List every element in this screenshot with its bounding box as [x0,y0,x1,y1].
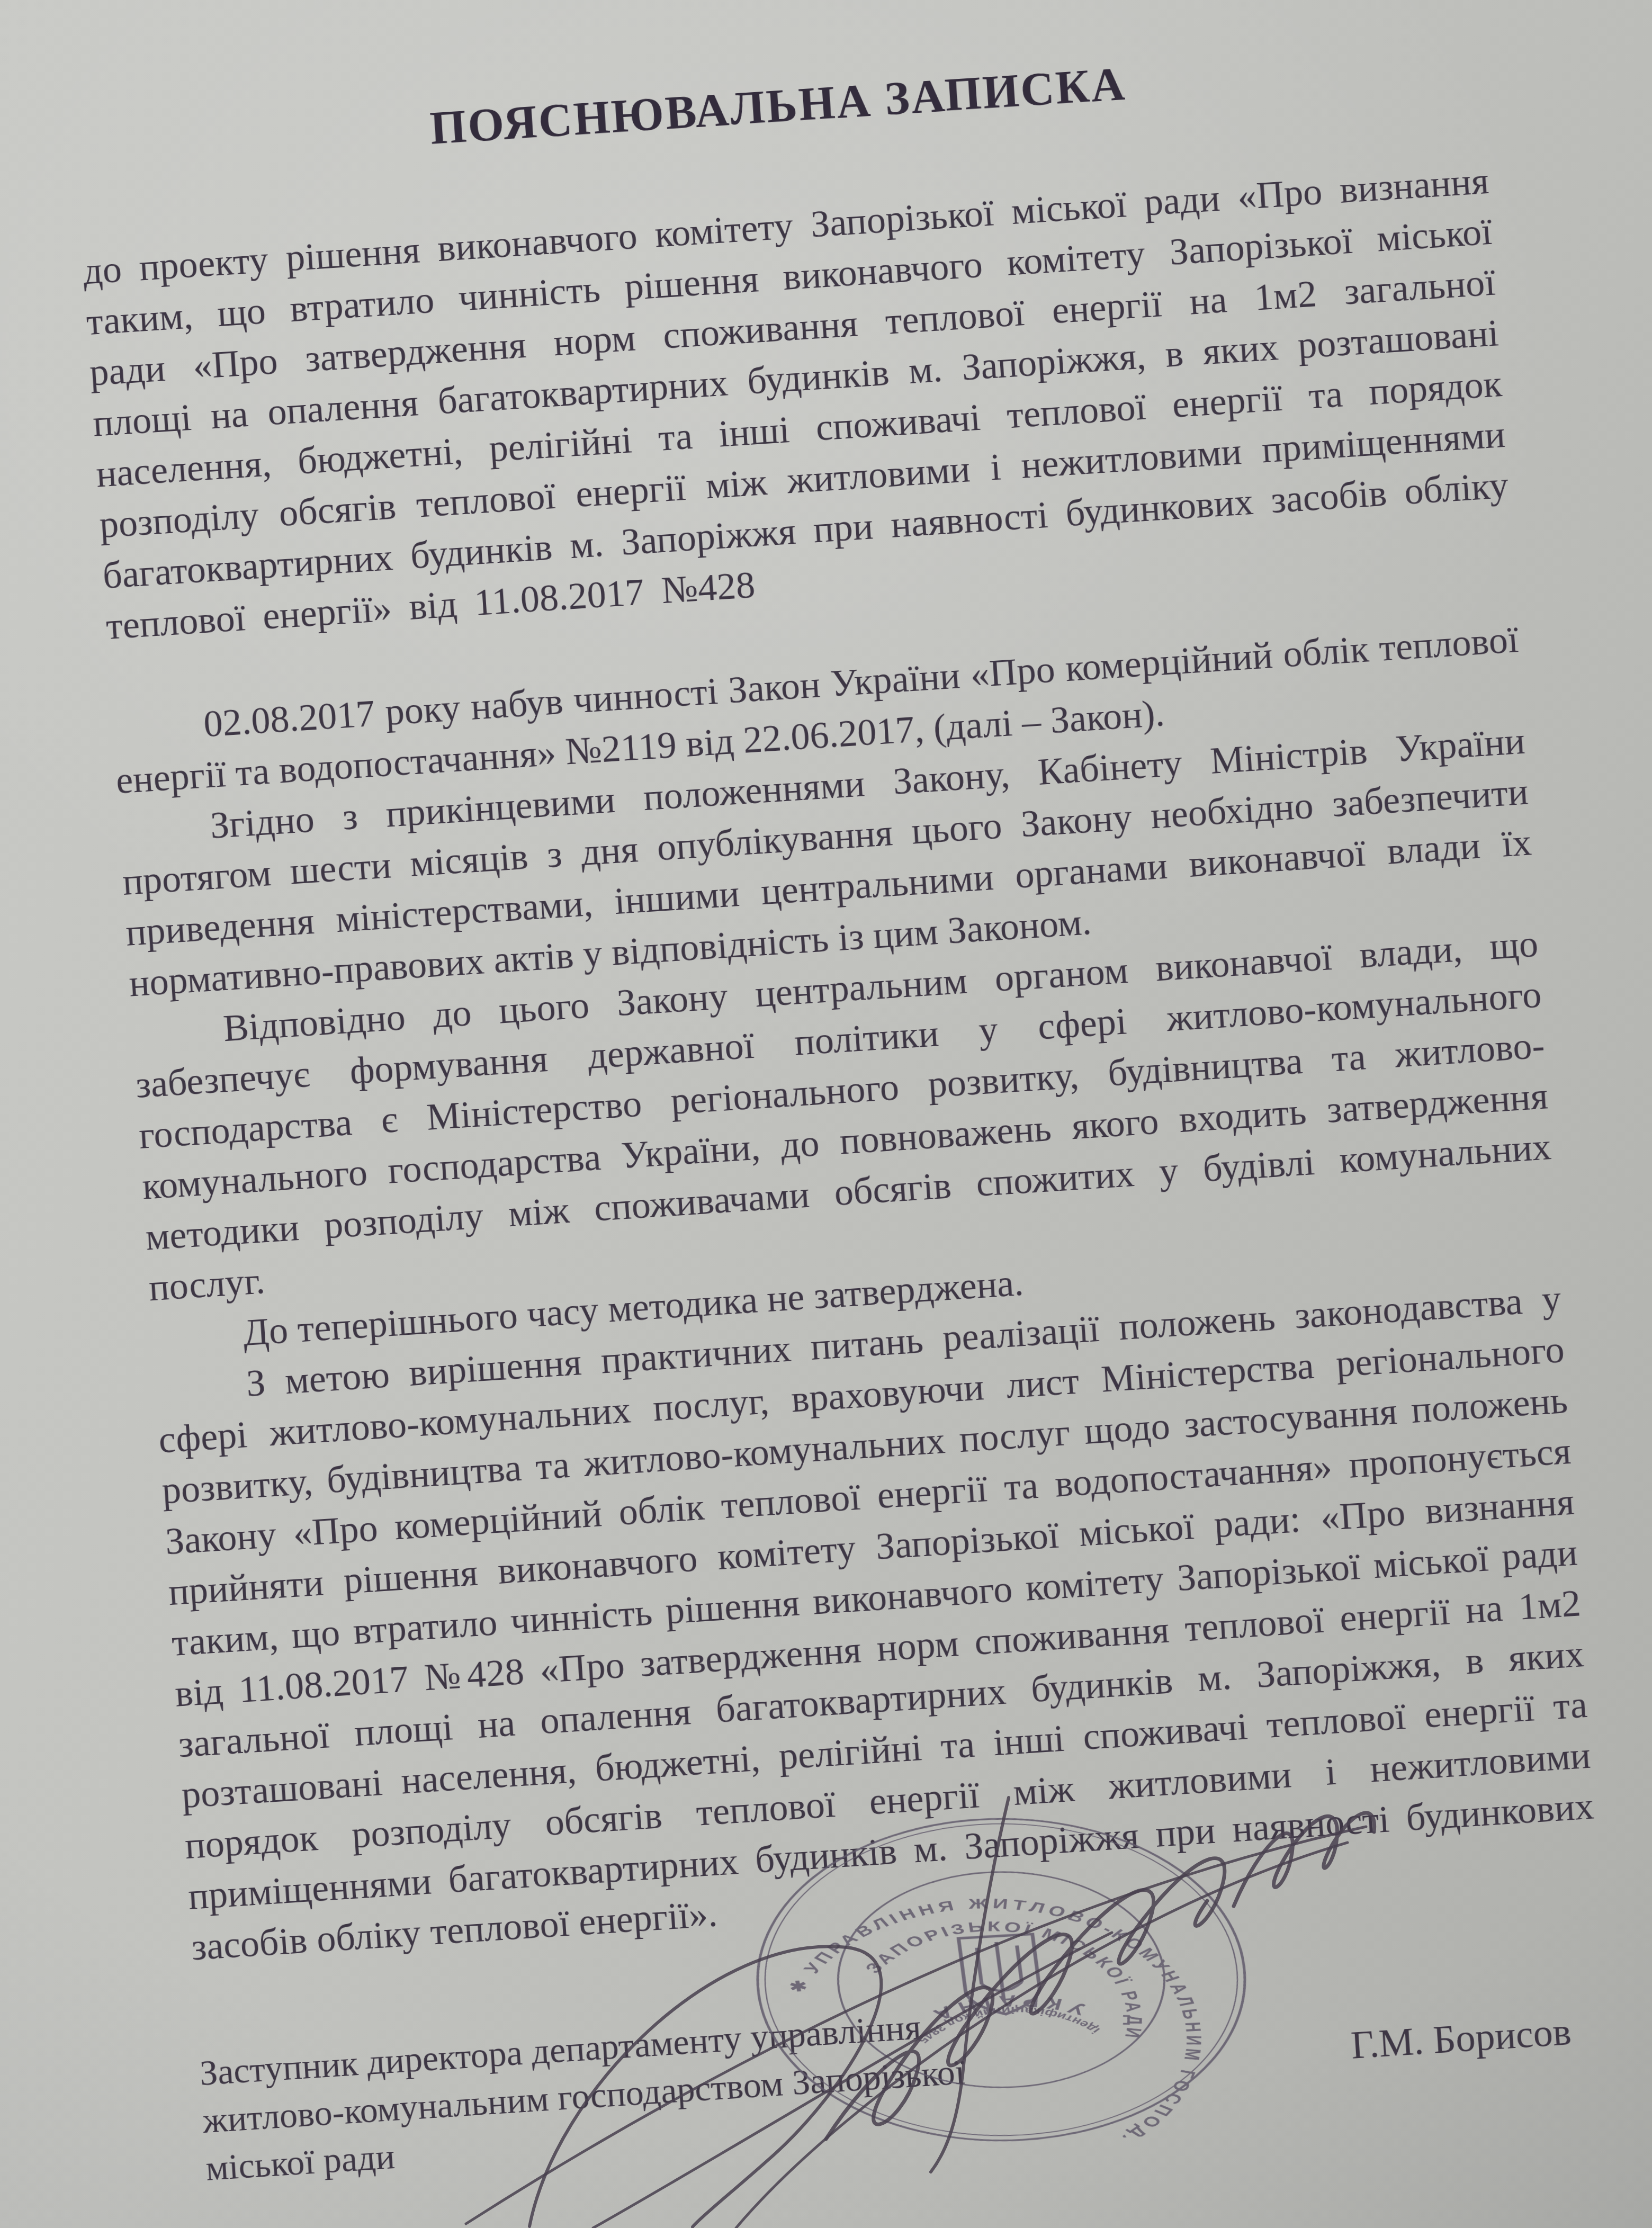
signatory-name: Г.М. Борисов [1350,2007,1610,2069]
stamp-outer-text: ДЕПАРТАМЕНТ ✱ УПРАВЛІННЯ ЖИТЛОВО-КОМУНАЛ… [732,1802,1224,2158]
photo-of-document: { "document": { "title": "ПОЯСНЮВАЛЬНА З… [0,0,1652,2228]
document-title: ПОЯСНЮВАЛЬНА ЗАПИСКА [74,34,1483,178]
paragraph-intro: до проекту рішення виконавчого комітету … [82,155,1513,652]
official-stamp: ДЕПАРТАМЕНТ ✱ УПРАВЛІННЯ ЖИТЛОВО-КОМУНАЛ… [732,1802,1271,2158]
